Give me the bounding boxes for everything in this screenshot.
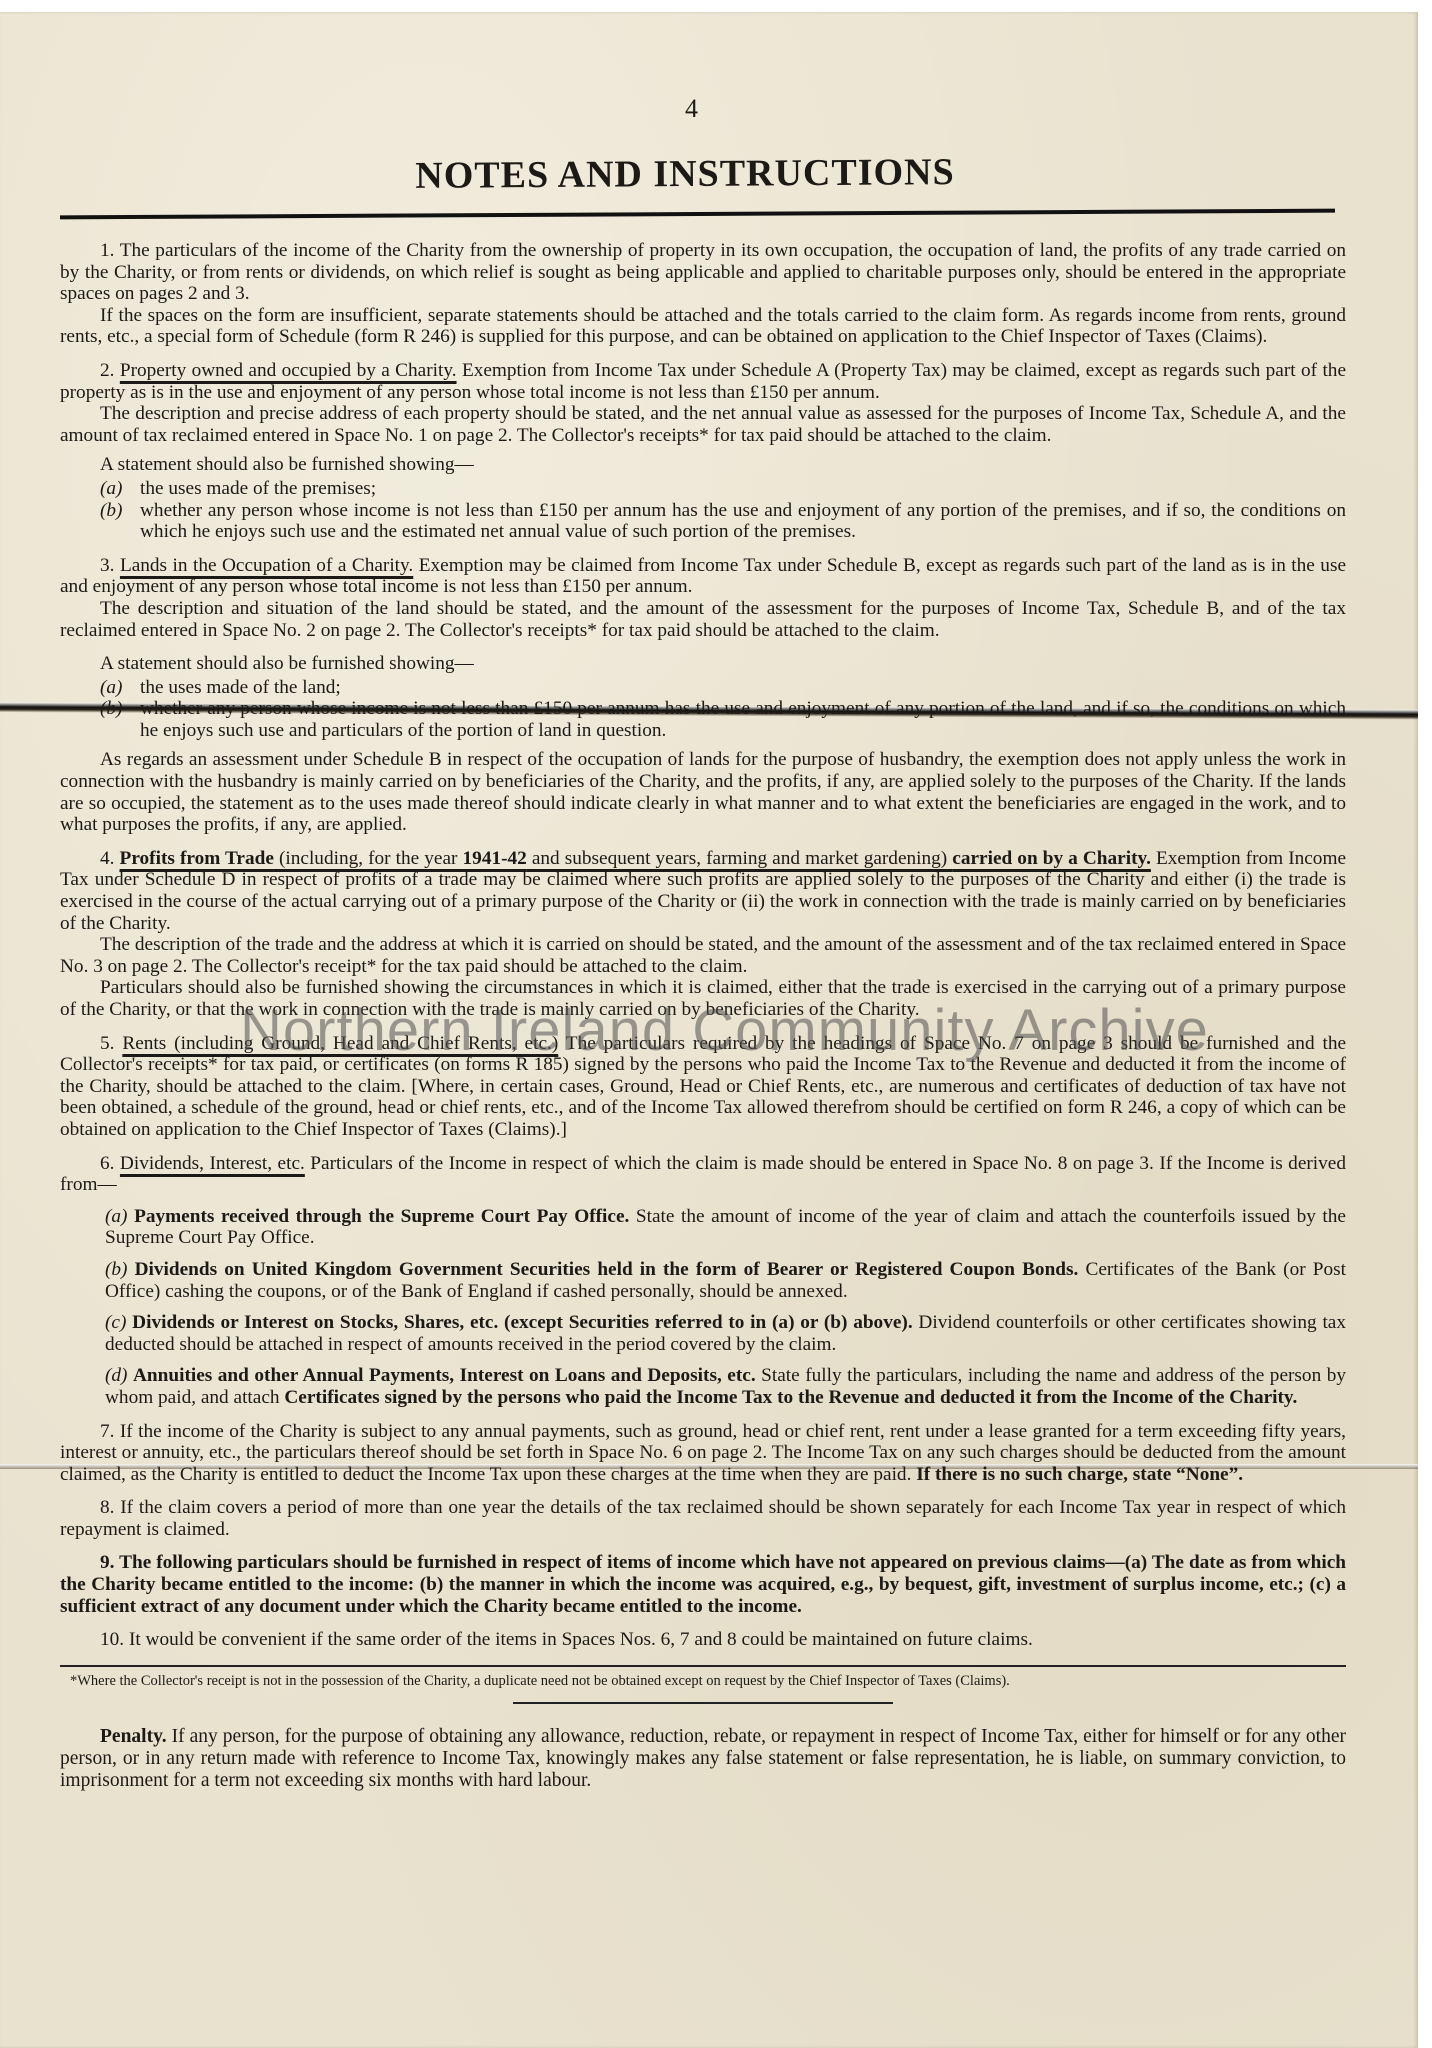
item-text: whether any person whose income is not l…	[140, 698, 1346, 741]
section-3: 3. Lands in the Occupation of a Charity.…	[60, 555, 1346, 836]
heading-part: (including, for the year	[274, 848, 463, 869]
item-heading: Dividends or Interest on Stocks, Shares,…	[132, 1312, 912, 1333]
section-divider	[513, 1702, 893, 1704]
section-number: 8.	[100, 1497, 114, 1518]
section-4: 4. Profits from Trade (including, for th…	[60, 848, 1346, 1021]
section-number: 6.	[100, 1153, 114, 1174]
section-number: 7.	[100, 1421, 114, 1442]
section-number: 3.	[100, 555, 114, 576]
item-heading: Dividends on United Kingdom Government S…	[135, 1259, 1079, 1280]
item-heading: Annuities and other Annual Payments, Int…	[133, 1365, 756, 1386]
section-heading: Dividends, Interest, etc.	[120, 1153, 305, 1174]
list-item: (b)whether any person whose income is no…	[100, 500, 1346, 543]
section-heading: Property owned and occupied by a Charity…	[120, 360, 457, 381]
title-divider	[60, 209, 1335, 220]
item-label: (d)	[105, 1365, 127, 1386]
item-label: (c)	[105, 1312, 126, 1333]
item-label: (a)	[100, 677, 140, 699]
item-text: the uses made of the premises;	[140, 478, 376, 500]
heading-part: Profits from Trade	[120, 848, 274, 869]
item-label: (b)	[105, 1259, 127, 1280]
archive-watermark: Northern Ireland Community Archive	[240, 997, 1209, 1064]
item-text: the uses made of the land;	[140, 677, 341, 699]
statement-intro: A statement should also be furnished sho…	[100, 653, 474, 674]
item-heading: Payments received through the Supreme Co…	[134, 1206, 629, 1227]
statement-list: (a)the uses made of the land; (b)whether…	[100, 677, 1346, 742]
list-item: (a) Payments received through the Suprem…	[60, 1206, 1346, 1249]
section-number: 2.	[100, 360, 114, 381]
statement-intro: A statement should also be furnished sho…	[100, 454, 474, 475]
section-2: 2. Property owned and occupied by a Char…	[60, 360, 1346, 543]
item-label: (a)	[105, 1206, 127, 1227]
footnote: *Where the Collector's receipt is not in…	[60, 1673, 1346, 1690]
footnote-divider	[60, 1665, 1346, 1667]
section-number: 1.	[100, 240, 114, 261]
section-text: As regards an assessment under Schedule …	[60, 749, 1346, 835]
item-emphasis: Certificates signed by the persons who p…	[284, 1387, 1297, 1408]
section-1: 1. The particulars of the income of the …	[60, 240, 1346, 348]
section-number: 10.	[100, 1629, 124, 1650]
section-number: 5.	[100, 1033, 114, 1054]
section-text: If the claim covers a period of more tha…	[60, 1497, 1346, 1540]
heading-year: 1941-42	[463, 848, 527, 869]
list-item: (b) Dividends on United Kingdom Governme…	[60, 1259, 1346, 1302]
page-number: 4	[685, 94, 698, 124]
item-label: (b)	[100, 500, 140, 543]
section-text: If the spaces on the form are insufficie…	[60, 305, 1346, 348]
list-item: (a)the uses made of the land;	[100, 677, 1346, 699]
statement-list: (a)the uses made of the premises; (b)whe…	[100, 478, 1346, 543]
list-item: (c) Dividends or Interest on Stocks, Sha…	[60, 1312, 1346, 1355]
section-emphasis: If there is no such charge, state “None”…	[916, 1464, 1243, 1485]
list-item: (b)whether any person whose income is no…	[100, 698, 1346, 741]
section-10: 10. It would be convenient if the same o…	[60, 1629, 1346, 1651]
item-text: whether any person whose income is not l…	[140, 500, 1346, 543]
section-text: The following particulars should be furn…	[60, 1552, 1346, 1616]
section-number: 9.	[100, 1552, 114, 1573]
item-label: (b)	[100, 698, 140, 741]
item-label: (a)	[100, 478, 140, 500]
penalty-text: If any person, for the purpose of obtain…	[60, 1726, 1346, 1791]
section-text: The description of the trade and the add…	[60, 934, 1346, 977]
section-text: The description and situation of the lan…	[60, 598, 1346, 641]
section-text: It would be convenient if the same order…	[129, 1629, 1033, 1650]
heading-part: and subsequent years, farming and market…	[527, 848, 952, 869]
penalty-notice: Penalty. If any person, for the purpose …	[60, 1726, 1346, 1792]
section-heading: Profits from Trade (including, for the y…	[120, 848, 1151, 869]
penalty-label: Penalty.	[100, 1726, 167, 1747]
section-6: 6. Dividends, Interest, etc. Particulars…	[60, 1153, 1346, 1409]
section-7: 7. If the income of the Charity is subje…	[60, 1421, 1346, 1486]
section-heading: Lands in the Occupation of a Charity.	[120, 555, 413, 576]
list-item: (a)the uses made of the premises;	[100, 478, 1346, 500]
section-8: 8. If the claim covers a period of more …	[60, 1497, 1346, 1540]
heading-part: carried on by a Charity.	[952, 848, 1151, 869]
section-text: The particulars of the income of the Cha…	[60, 240, 1346, 304]
section-9: 9. The following particulars should be f…	[60, 1552, 1346, 1617]
section-text: The description and precise address of e…	[60, 403, 1346, 446]
document-page: 4 NOTES AND INSTRUCTIONS 1. The particul…	[0, 12, 1418, 2048]
section-number: 4.	[100, 848, 114, 869]
list-item: (d) Annuities and other Annual Payments,…	[60, 1365, 1346, 1408]
page-title: NOTES AND INSTRUCTIONS	[60, 148, 1310, 201]
